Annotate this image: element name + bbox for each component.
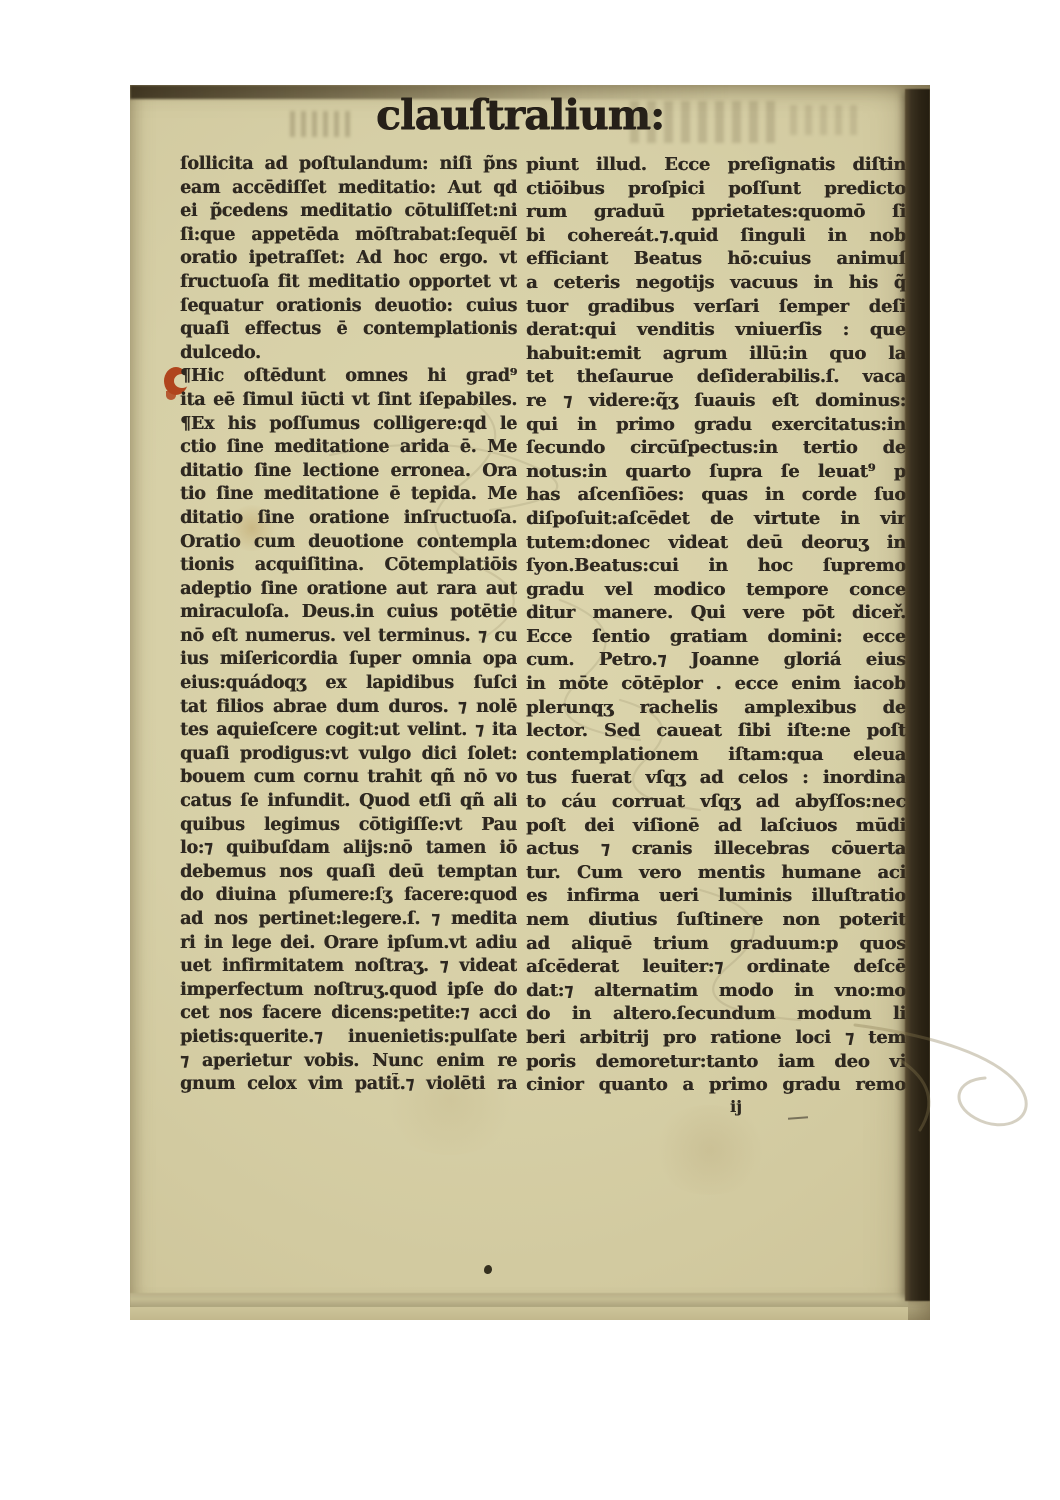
text-line: cet nos facere dicens:petite:⁊ acci xyxy=(180,1002,517,1026)
text-line: to cáu corruat vſqʒ ad abyſſos:nec xyxy=(526,790,906,814)
text-line: catus ſe infundit. Quod etſi qñ ali xyxy=(180,790,517,814)
text-line: ¶Hic oſtēdunt omnes hi grad⁹ xyxy=(180,365,517,389)
text-line: ad nos pertinet:legere.ſ. ⁊ medita xyxy=(180,908,517,932)
text-line: ſequatur orationis deuotio: cuius xyxy=(180,295,517,319)
text-line: lo:⁊ quibuſdam alijs:nō tamen iō xyxy=(180,837,517,861)
text-line: gnum celox vim patit̃.⁊ violēti ra xyxy=(180,1073,517,1097)
book-page-photo: clauſtralium: ſollicita ad poſtulandum: … xyxy=(130,85,930,1320)
text-line: beri arbitrij pro ratione loci ⁊ tem xyxy=(526,1026,906,1050)
text-line: nem diutius ſuſtinere non poterit xyxy=(526,908,906,932)
text-line: tet theſaurue deſiderabilis.ſ. vaca xyxy=(526,365,906,389)
text-line: habuit:emit agrum illū:in quo la xyxy=(526,342,906,366)
running-header: clauſtralium: xyxy=(340,91,700,139)
page-edges-under xyxy=(130,1307,908,1320)
text-line: tutem:donec videat deū deoruʒ in xyxy=(526,531,906,555)
text-line: oratio ipetraſſet: Ad hoc ergo. vt xyxy=(180,247,517,271)
text-line: ctiōibus proſpici poſſunt predicto xyxy=(526,177,906,201)
text-line: efficiant Beatus hō:cuius animuſ xyxy=(526,247,906,271)
text-line: ⁊ aperietur vobis. Nunc enim re xyxy=(180,1050,517,1074)
text-line: imperfectum noſtruʒ.quod ipſe do xyxy=(180,979,517,1003)
text-line: tionis acquiſitina. Cōtemplatiōis xyxy=(180,554,517,578)
text-line: ctio ſine meditatione arida ē. Me xyxy=(180,436,517,460)
text-line: ſyon.Beatus:cui in hoc ſupremo xyxy=(526,554,906,578)
pen-dash-mark xyxy=(788,1116,808,1119)
bleedthrough-smudge xyxy=(790,105,860,135)
text-line: quaſi effectus ē contemplationis xyxy=(180,318,517,342)
page-edges-bottom xyxy=(130,1293,908,1307)
text-line: ius miſericordia ſuper omnia opa xyxy=(180,648,517,672)
text-line: plerunqʒ rachelis amplexibus de xyxy=(526,696,906,720)
text-line: ditur manere. Qui vere pōt diceř. xyxy=(526,601,906,625)
text-line: ſi:que appetēda mōſtrabat:ſequēſ xyxy=(180,224,517,248)
text-line: do diuina pſumere:ſʒ facere:quod xyxy=(180,884,517,908)
text-line: ¶Ex his poſſumus colligere:qd le xyxy=(180,413,517,437)
text-line: actus ⁊ cranis illecebras cōuerta xyxy=(526,837,906,861)
text-line: Ecce ſentio gratiam domini: ecce xyxy=(526,625,906,649)
text-line: Oratio cum deuotione contempla xyxy=(180,531,517,555)
page-title: clauſtralium: xyxy=(376,91,664,139)
rubric-mark-tail xyxy=(166,391,176,400)
text-line: nō eſt numerus. vel terminus. ⁊ cu xyxy=(180,625,517,649)
text-line: derat:qui venditis vniuerſis : que xyxy=(526,318,906,342)
text-line: aſcēderat leuiter:⁊ ordinate deſcē xyxy=(526,955,906,979)
text-line: debemus nos quaſi deū temptan xyxy=(180,861,517,885)
text-line: eam accēdiſſet meditatio: Aut qd xyxy=(180,177,517,201)
text-line: es infirma ueri luminis illuſtratio xyxy=(526,884,906,908)
text-line: tuor gradibus verſari ſemper deſi xyxy=(526,295,906,319)
text-line: quibus legimus cōtigiſſe:vt Pau xyxy=(180,814,517,838)
text-line: ei p̃cedens meditatio cōtuliſſet:ni xyxy=(180,200,517,224)
ink-spot xyxy=(484,1265,492,1274)
paper-stain xyxy=(650,1105,770,1195)
text-line: ad aliquē trium graduum:p quos xyxy=(526,932,906,956)
text-line: diſpoſuit:aſcēdet de virtute in vir xyxy=(526,507,906,531)
text-line: miraculoſa. Deus.in cuius potētie xyxy=(180,601,517,625)
text-line: notus:in quarto ſupra ſe leuat⁹ p xyxy=(526,460,906,484)
text-line: cum. Petro.⁊ Joanne gloriá eius xyxy=(526,648,906,672)
text-line: cinior quanto a primo gradu remo xyxy=(526,1073,906,1097)
text-line: ri in lege dei. Orare ipſum.vt adiu xyxy=(180,932,517,956)
right-text-column: piunt illud. Ecce preſignatis diſtinctiō… xyxy=(526,153,906,1097)
quire-signature-mark: ij xyxy=(730,1097,770,1116)
text-line: rum graduū pprietates:quomō ſi xyxy=(526,200,906,224)
text-line: tio ſine meditatione ē tepida. Me xyxy=(180,483,517,507)
text-line: tat filios abrae dum duros. ⁊ nolē xyxy=(180,696,517,720)
text-line: eius:quádoqʒ ex lapidibus ſuſci xyxy=(180,672,517,696)
text-line: uet infirmitatem noſtraʒ. ⁊ videat xyxy=(180,955,517,979)
text-line: has aſcenſiōes: quas in corde ſuo xyxy=(526,483,906,507)
text-line: quaſi prodigus:vt vulgo dici ſolet: xyxy=(180,743,517,767)
scan-canvas: clauſtralium: ſollicita ad poſtulandum: … xyxy=(0,0,1060,1500)
text-line: ſollicita ad poſtulandum: niſi p̃ns xyxy=(180,153,517,177)
text-line: poris demoretur:tanto iam deo vi xyxy=(526,1050,906,1074)
text-line: poſt dei viſionē ad laſciuos mūdi xyxy=(526,814,906,838)
text-line: tus fuerat vſqʒ ad celos : inordina xyxy=(526,766,906,790)
text-line: gradu vel modico tempore conce xyxy=(526,578,906,602)
text-line: adeptio ſine oratione aut rara aut xyxy=(180,578,517,602)
text-line: tes aquieſcere cogit:ut velint. ⁊ ita xyxy=(180,719,517,743)
text-line: a ceteris negotijs vacuus in his q̃ xyxy=(526,271,906,295)
text-line: dat:⁊ alternatim modo in vno:mo xyxy=(526,979,906,1003)
binding-fore-edge xyxy=(905,89,930,1301)
text-line: lector. Sed caueat ſibi iſte:ne poſt xyxy=(526,719,906,743)
text-line: bouem cum cornu trahit qñ nō vo xyxy=(180,766,517,790)
text-line: re ⁊ videre:q̃ʒ ſuauis eſt dominus: xyxy=(526,389,906,413)
text-line: contemplationem iſtam:qua eleua xyxy=(526,743,906,767)
text-line: in mōte cōtēplor . ecce enim iacob xyxy=(526,672,906,696)
text-line: ſecundo circūſpectus:in tertio de xyxy=(526,436,906,460)
text-line: piunt illud. Ecce preſignatis diſtin xyxy=(526,153,906,177)
text-line: dulcedo. xyxy=(180,342,517,366)
left-text-column: ſollicita ad poſtulandum: niſi p̃nseam a… xyxy=(180,153,517,1097)
text-line: fructuoſa fit meditatio opportet vt xyxy=(180,271,517,295)
text-line: do in altero.ſecundum modum li xyxy=(526,1002,906,1026)
text-line: qui in primo gradu exercitatus:in xyxy=(526,413,906,437)
text-line: bi cohereát.⁊.quid ſinguli in nob xyxy=(526,224,906,248)
text-line: ita eē ſimul iūcti vt ſint iſepabiles. xyxy=(180,389,517,413)
text-line: ditatio ſine lectione erronea. Ora xyxy=(180,460,517,484)
text-line: tur. Cum vero mentis humane aci xyxy=(526,861,906,885)
text-line: pietis:querite.⁊ inuenietis:pulſate xyxy=(180,1026,517,1050)
text-line: ditatio ſine oratione inſructuoſa. xyxy=(180,507,517,531)
